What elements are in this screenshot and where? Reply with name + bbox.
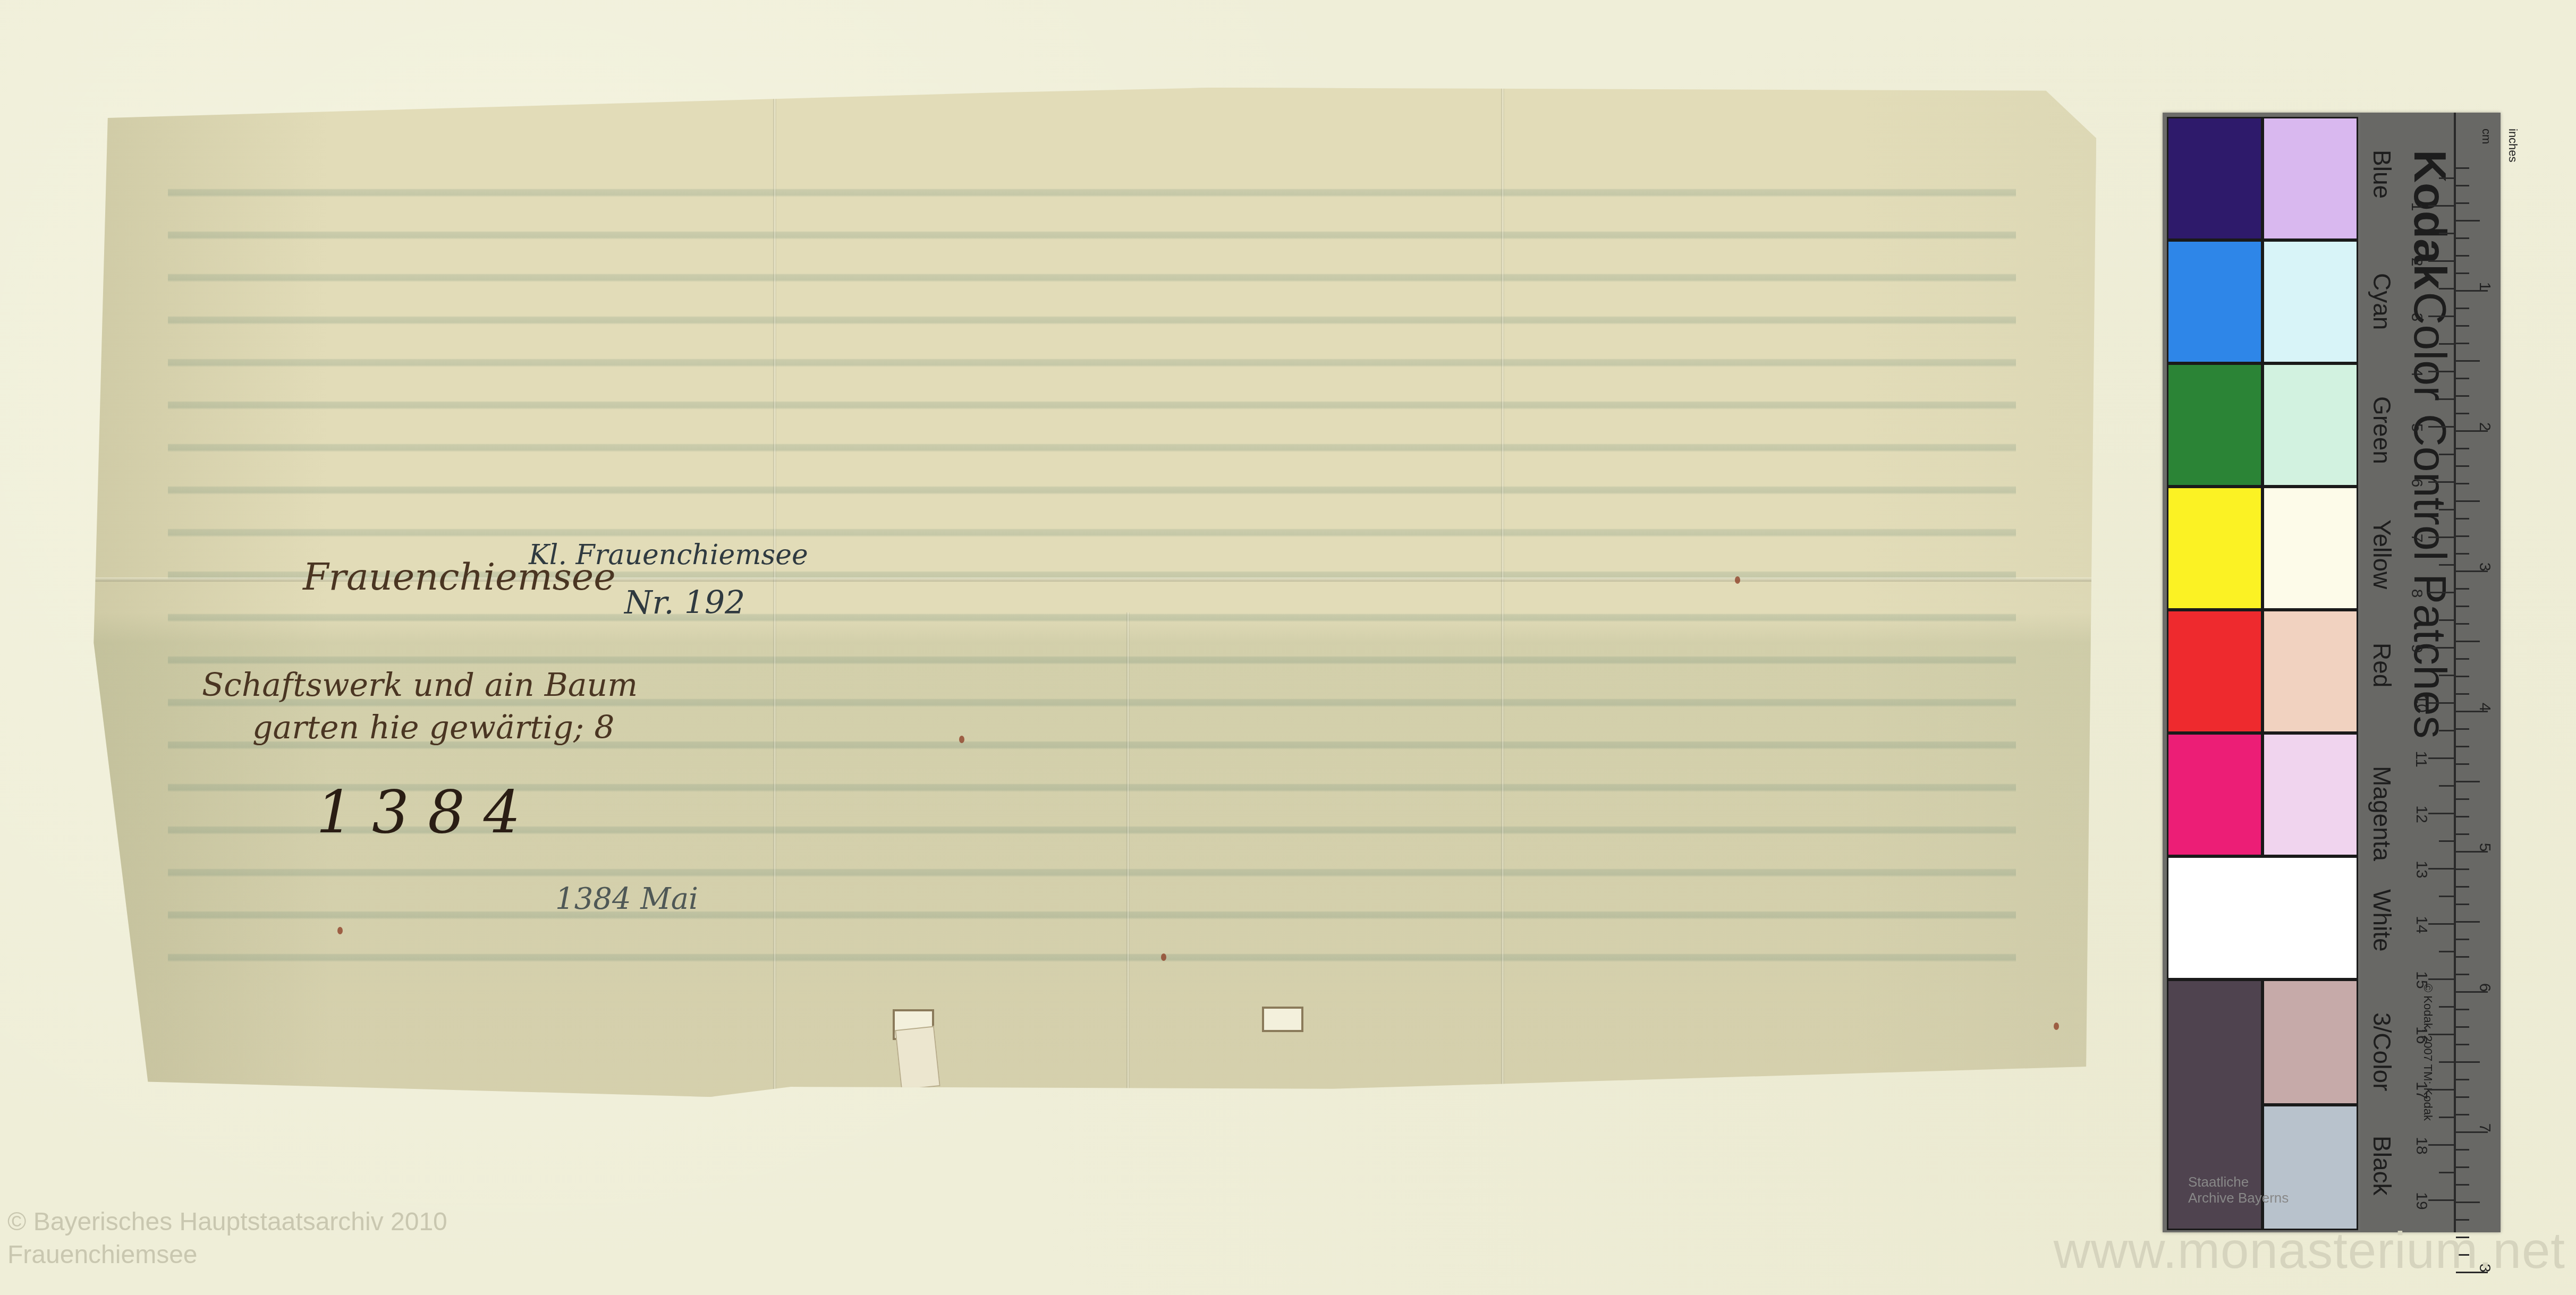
cm-half-tick xyxy=(2439,896,2454,897)
cm-tick xyxy=(2428,813,2454,814)
stain xyxy=(1161,953,1166,961)
summary-note-line2: garten hie gewärtig; 8 xyxy=(252,709,615,746)
cm-tick xyxy=(2428,978,2454,980)
inch-sub-tick xyxy=(2456,1061,2480,1063)
inch-sub-tick xyxy=(2456,641,2480,642)
cm-tick xyxy=(2428,592,2454,593)
year-mark: 1 3 8 4 xyxy=(316,778,521,846)
patch-3color-light xyxy=(2263,979,2358,1105)
stain xyxy=(337,927,343,934)
inch-sub-tick xyxy=(2456,1202,2480,1203)
inch-tick-label: 3 xyxy=(2476,563,2494,572)
inch-sub-tick xyxy=(2456,833,2469,835)
cm-tick xyxy=(2428,1089,2454,1090)
cm-tick-label: 12 xyxy=(2412,805,2430,823)
inch-sub-tick xyxy=(2456,272,2469,274)
cm-tick-label: 1 xyxy=(2408,202,2426,211)
cm-tick xyxy=(2428,868,2454,870)
inch-sub-tick xyxy=(2456,676,2469,677)
inch-sub-tick xyxy=(2456,343,2469,344)
cm-tick-label: 3 xyxy=(2408,313,2426,322)
cm-tick-label: 14 xyxy=(2412,916,2430,933)
inch-tick-label: 7 xyxy=(2476,1123,2494,1132)
inch-sub-tick xyxy=(2456,535,2469,537)
patch-black-light xyxy=(2263,1105,2358,1230)
cm-half-tick xyxy=(2439,564,2454,566)
cm-tick-label: 9 xyxy=(2408,644,2426,653)
patch-magenta-dark xyxy=(2167,733,2263,856)
inch-sub-tick xyxy=(2456,1009,2469,1010)
cm-tick xyxy=(2428,647,2454,649)
cm-half-tick xyxy=(2439,730,2454,731)
patch-yellow-dark xyxy=(2167,487,2263,610)
cm-tick-label: 18 xyxy=(2412,1137,2430,1154)
inch-sub-tick xyxy=(2456,623,2469,625)
archive-label: Kl. Frauenchiemsee xyxy=(529,539,808,571)
cm-half-tick xyxy=(2439,951,2454,952)
cm-half-tick xyxy=(2439,619,2454,621)
inch-sub-tick xyxy=(2456,483,2469,484)
inch-sub-tick xyxy=(2456,763,2469,765)
cm-tick xyxy=(2428,260,2454,262)
copyright-line: © Bayerisches Hauptstaatsarchiv 2010 xyxy=(7,1206,447,1239)
label-white: White xyxy=(2368,889,2396,952)
inch-sub-tick xyxy=(2456,606,2469,607)
cm-tick xyxy=(2428,1199,2454,1201)
ruler-baseline xyxy=(2454,113,2456,1232)
inch-sub-tick xyxy=(2456,167,2469,169)
copyright-watermark: © Bayerisches Hauptstaatsarchiv 2010 Fra… xyxy=(7,1206,447,1272)
inch-sub-tick xyxy=(2456,1166,2469,1168)
cm-half-tick xyxy=(2439,288,2454,289)
label-black: Black xyxy=(2368,1136,2396,1195)
label-3color: 3/Color xyxy=(2368,1012,2396,1091)
fold-line-vertical-1 xyxy=(773,88,776,1097)
cm-half-tick xyxy=(2439,509,2454,510)
inch-sub-tick xyxy=(2456,1079,2469,1080)
cm-tick xyxy=(2428,1144,2454,1146)
inch-sub-tick xyxy=(2456,693,2469,695)
fold-line-vertical-3 xyxy=(1126,612,1130,1097)
cm-half-tick xyxy=(2439,343,2454,345)
stain xyxy=(959,736,964,743)
inch-sub-tick xyxy=(2456,518,2469,519)
cm-tick-label: 13 xyxy=(2412,861,2430,878)
date-note: 1384 Mai xyxy=(555,882,698,916)
inch-sub-tick xyxy=(2456,413,2469,414)
cm-tick-label: 10 xyxy=(2412,695,2430,712)
cm-half-tick xyxy=(2439,785,2454,787)
inch-sub-tick xyxy=(2456,360,2480,362)
cm-tick-label: 6 xyxy=(2408,479,2426,488)
fold-line-vertical-2 xyxy=(1501,88,1504,1097)
cm-tick xyxy=(2428,205,2454,207)
inch-sub-tick xyxy=(2456,588,2469,590)
label-yellow: Yellow xyxy=(2368,519,2396,589)
cm-half-tick xyxy=(2439,1172,2454,1173)
inch-sub-tick xyxy=(2456,1044,2469,1045)
cm-half-tick xyxy=(2439,177,2454,179)
inch-sub-tick xyxy=(2456,1149,2469,1151)
inch-sub-tick xyxy=(2456,220,2480,221)
patch-red-dark xyxy=(2167,610,2263,733)
kodak-color-card: Staatliche Archive Bayerns Kodak Color C… xyxy=(2163,113,2501,1232)
cm-tick-label: 5 xyxy=(2408,423,2426,432)
archive-logo-overlay: Staatliche Archive Bayerns xyxy=(2188,1174,2294,1206)
cm-tick-label: 7 xyxy=(2408,534,2426,543)
cm-tick-label: 8 xyxy=(2408,589,2426,598)
inch-sub-tick xyxy=(2456,378,2469,379)
cm-tick xyxy=(2428,923,2454,925)
inch-sub-tick xyxy=(2456,553,2469,555)
cm-half-tick xyxy=(2439,454,2454,455)
stain xyxy=(2054,1023,2059,1030)
cm-tick xyxy=(2428,426,2454,428)
inch-sub-tick xyxy=(2456,1026,2469,1028)
inch-sub-tick xyxy=(2456,658,2469,660)
inch-sub-tick xyxy=(2456,202,2469,204)
cm-tick xyxy=(2428,1034,2454,1035)
inch-sub-tick xyxy=(2456,974,2469,975)
inch-sub-tick xyxy=(2456,1096,2469,1098)
cm-half-tick xyxy=(2439,1117,2454,1118)
cm-tick xyxy=(2428,371,2454,372)
cm-tick-label: 19 xyxy=(2412,1192,2430,1209)
cm-tick-label: 16 xyxy=(2412,1026,2430,1044)
inch-sub-tick xyxy=(2456,1219,2469,1221)
summary-note-line1: Schaftswerk und ain Baum xyxy=(202,667,638,704)
kodak-copyright: © Kodak, 2007 TM: Kodak xyxy=(2421,984,2435,1121)
inch-tick-label: 2 xyxy=(2476,422,2494,431)
cm-half-tick xyxy=(2439,840,2454,842)
cm-tick-label: 17 xyxy=(2412,1081,2430,1099)
stain xyxy=(1735,576,1740,584)
inch-sub-tick xyxy=(2456,921,2480,923)
cm-tick xyxy=(2428,316,2454,317)
inch-sub-tick xyxy=(2456,500,2480,502)
inch-sub-tick xyxy=(2456,816,2469,817)
collection-name: Frauenchiemsee xyxy=(7,1239,447,1272)
label-green: Green xyxy=(2368,396,2396,464)
cm-half-tick xyxy=(2439,398,2454,400)
patch-magenta-light xyxy=(2263,733,2358,856)
label-magenta: Magenta xyxy=(2368,766,2396,861)
inch-tick-label: 1 xyxy=(2476,282,2494,291)
inch-sub-tick xyxy=(2456,939,2469,940)
cm-tick-label: 11 xyxy=(2412,751,2430,767)
inch-tick-label: 4 xyxy=(2476,703,2494,712)
patch-red-light xyxy=(2263,610,2358,733)
inch-sub-tick xyxy=(2456,746,2469,747)
kodak-label-panel: Kodak Color Control Patches Blue Cyan Gr… xyxy=(2360,113,2501,1232)
cm-half-tick xyxy=(2439,233,2454,234)
inch-sub-tick xyxy=(2456,237,2469,239)
cm-tick xyxy=(2428,702,2454,704)
patch-blue-dark xyxy=(2167,117,2263,240)
cm-tick xyxy=(2428,481,2454,483)
inch-sub-tick xyxy=(2456,781,2480,782)
inch-sub-tick xyxy=(2456,798,2469,800)
inch-sub-tick xyxy=(2456,185,2469,186)
seal-tag-remnant xyxy=(895,1026,940,1090)
inch-sub-tick xyxy=(2456,728,2469,730)
parchment-charter: Frauenchiemsee Kl. Frauenchiemsee Nr. 19… xyxy=(88,88,2096,1097)
site-watermark: www.monasterium.net xyxy=(2054,1222,2565,1280)
inch-sub-tick xyxy=(2456,886,2469,888)
inch-tick-label: 6 xyxy=(2476,983,2494,992)
patch-blue-light xyxy=(2263,117,2358,240)
inch-sub-tick xyxy=(2456,1184,2469,1186)
inch-sub-tick xyxy=(2456,956,2469,958)
patch-white xyxy=(2167,856,2358,979)
kodak-subtitle: Color Control Patches xyxy=(2404,292,2455,738)
cm-tick-label: 4 xyxy=(2408,368,2426,377)
patch-yellow-light xyxy=(2263,487,2358,610)
color-patch-grid: Staatliche Archive Bayerns xyxy=(2167,117,2358,1230)
cm-tick-label: 2 xyxy=(2408,258,2426,267)
cm-half-tick xyxy=(2439,675,2454,676)
unit-inches-label: inches xyxy=(2506,129,2520,163)
cm-tick-label: 15 xyxy=(2412,971,2430,989)
kodak-brand: Kodak xyxy=(2404,150,2455,289)
label-blue: Blue xyxy=(2368,150,2396,199)
inch-sub-tick xyxy=(2456,448,2469,449)
patch-cyan-dark xyxy=(2167,240,2263,363)
inch-sub-tick xyxy=(2456,325,2469,327)
inch-sub-tick xyxy=(2456,868,2469,870)
cm-half-tick xyxy=(2439,1006,2454,1008)
patch-cyan-light xyxy=(2263,240,2358,363)
inch-sub-tick xyxy=(2456,1114,2469,1115)
cm-tick xyxy=(2428,757,2454,759)
inch-tick-label: 5 xyxy=(2476,843,2494,852)
inch-sub-tick xyxy=(2456,255,2469,257)
inch-sub-tick xyxy=(2456,904,2469,905)
seal-slit-right xyxy=(1262,1007,1303,1032)
unit-cm-label: cm xyxy=(2479,129,2493,144)
patch-green-dark xyxy=(2167,363,2263,487)
inch-sub-tick xyxy=(2456,308,2469,309)
inch-sub-tick xyxy=(2456,395,2469,397)
patch-green-light xyxy=(2263,363,2358,487)
inch-sub-tick xyxy=(2456,465,2469,467)
cm-half-tick xyxy=(2439,1061,2454,1063)
label-cyan: Cyan xyxy=(2368,273,2396,330)
cm-tick xyxy=(2428,536,2454,538)
archive-number: Nr. 192 xyxy=(624,584,745,621)
label-red: Red xyxy=(2368,643,2396,687)
